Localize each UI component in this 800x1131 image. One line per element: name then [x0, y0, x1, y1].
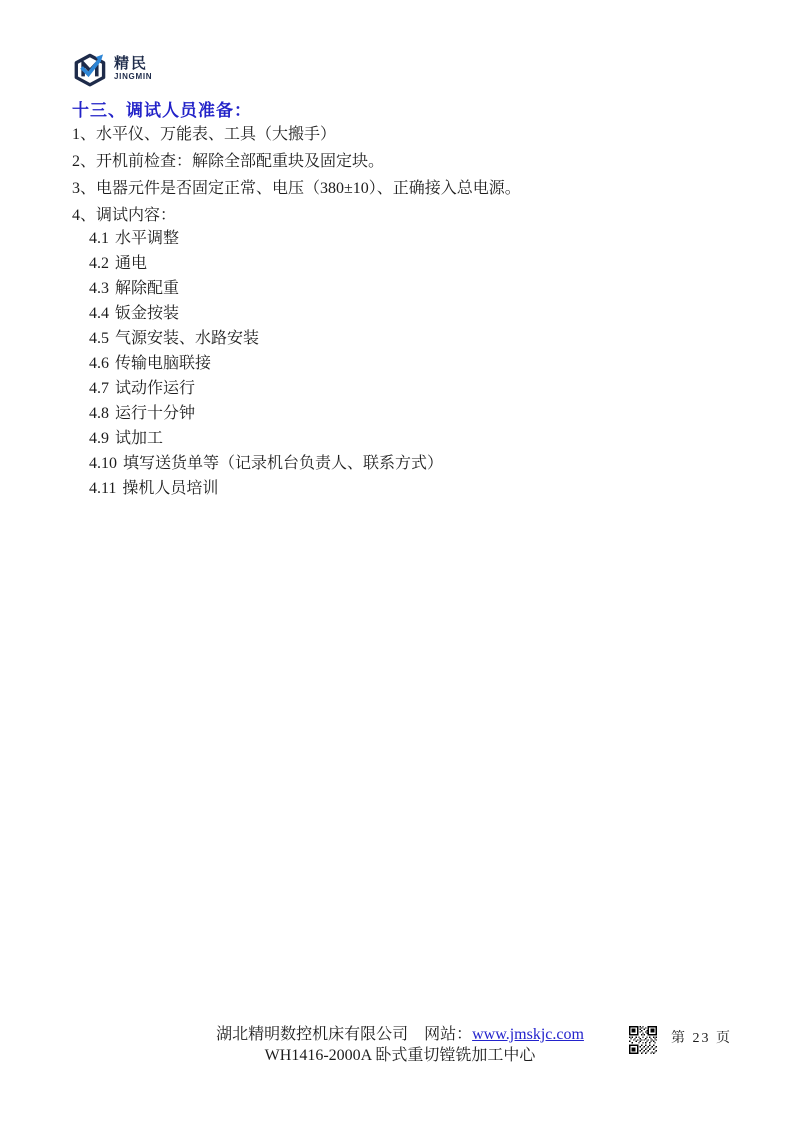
subitem-text: 操机人员培训	[122, 480, 218, 497]
subitem-text: 解除配重	[115, 280, 179, 297]
subitem-text: 钣金按装	[115, 305, 179, 322]
sub-list-item: 4.2通电	[89, 251, 443, 276]
footer-company-name: 湖北精明数控机床有限公司	[216, 1026, 408, 1043]
item-number: 1、	[72, 126, 96, 143]
item-number: 4、	[72, 207, 96, 224]
numbered-list: 1、水平仪、万能表、工具（大搬手） 2、开机前检查：解除全部配重块及固定块。 3…	[72, 121, 521, 229]
footer-website-label: 网站：	[424, 1026, 472, 1043]
logo-name-zh: 精民	[114, 56, 152, 72]
page-number: 第 23 页	[671, 1031, 732, 1047]
subitem-number: 4.8	[89, 405, 109, 422]
subitem-text: 试加工	[115, 430, 163, 447]
qr-code	[629, 1026, 657, 1054]
footer-product-line: WH1416-2000A 卧式重切镗铣加工中心	[0, 1045, 800, 1066]
subitem-text: 运行十分钟	[115, 405, 195, 422]
section-heading: 十三、调试人员准备：	[72, 96, 252, 121]
sub-list-item: 4.7试动作运行	[89, 376, 443, 401]
sub-list-item: 4.3解除配重	[89, 276, 443, 301]
subitem-number: 4.7	[89, 380, 109, 397]
sub-list-item: 4.4钣金按装	[89, 301, 443, 326]
subitem-text: 通电	[115, 255, 147, 272]
sub-list-item: 4.10填写送货单等（记录机台负责人、联系方式）	[89, 451, 443, 476]
subitem-text: 试动作运行	[115, 380, 195, 397]
footer-website-link[interactable]: www.jmskjc.com	[472, 1026, 584, 1043]
subitem-number: 4.6	[89, 355, 109, 372]
item-text: 水平仪、万能表、工具（大搬手）	[96, 126, 336, 143]
subitem-number: 4.9	[89, 430, 109, 447]
list-item: 3、电器元件是否固定正常、电压（380±10）、正确接入总电源。	[72, 175, 521, 202]
item-number: 3、	[72, 180, 96, 197]
jingmin-hexagon-logo-icon	[73, 47, 109, 89]
subitem-number: 4.11	[89, 480, 116, 497]
subitem-text: 气源安装、水路安装	[115, 330, 259, 347]
item-text: 开机前检查：解除全部配重块及固定块。	[96, 153, 384, 170]
subitem-number: 4.4	[89, 305, 109, 322]
subitem-text: 水平调整	[115, 230, 179, 247]
sub-list: 4.1水平调整 4.2通电 4.3解除配重 4.4钣金按装 4.5气源安装、水路…	[89, 226, 443, 501]
list-item: 1、水平仪、万能表、工具（大搬手）	[72, 121, 521, 148]
sub-list-item: 4.5气源安装、水路安装	[89, 326, 443, 351]
document-page: 精民 JINGMIN 十三、调试人员准备： 1、水平仪、万能表、工具（大搬手） …	[0, 0, 800, 1131]
subitem-number: 4.3	[89, 280, 109, 297]
sub-list-item: 4.8运行十分钟	[89, 401, 443, 426]
sub-list-item: 4.1水平调整	[89, 226, 443, 251]
list-item: 4、调试内容：	[72, 202, 521, 229]
logo-text: 精民 JINGMIN	[114, 56, 152, 81]
logo-name-en: JINGMIN	[114, 72, 152, 81]
subitem-number: 4.1	[89, 230, 109, 247]
subitem-text: 传输电脑联接	[115, 355, 211, 372]
subitem-text: 填写送货单等（记录机台负责人、联系方式）	[123, 455, 443, 472]
item-text: 调试内容：	[96, 207, 176, 224]
sub-list-item: 4.9试加工	[89, 426, 443, 451]
sub-list-item: 4.11操机人员培训	[89, 476, 443, 501]
sub-list-item: 4.6传输电脑联接	[89, 351, 443, 376]
list-item: 2、开机前检查：解除全部配重块及固定块。	[72, 148, 521, 175]
subitem-number: 4.2	[89, 255, 109, 272]
item-number: 2、	[72, 153, 96, 170]
subitem-number: 4.10	[89, 455, 117, 472]
item-text: 电器元件是否固定正常、电压（380±10）、正确接入总电源。	[96, 180, 521, 197]
subitem-number: 4.5	[89, 330, 109, 347]
company-logo: 精民 JINGMIN	[73, 47, 152, 89]
